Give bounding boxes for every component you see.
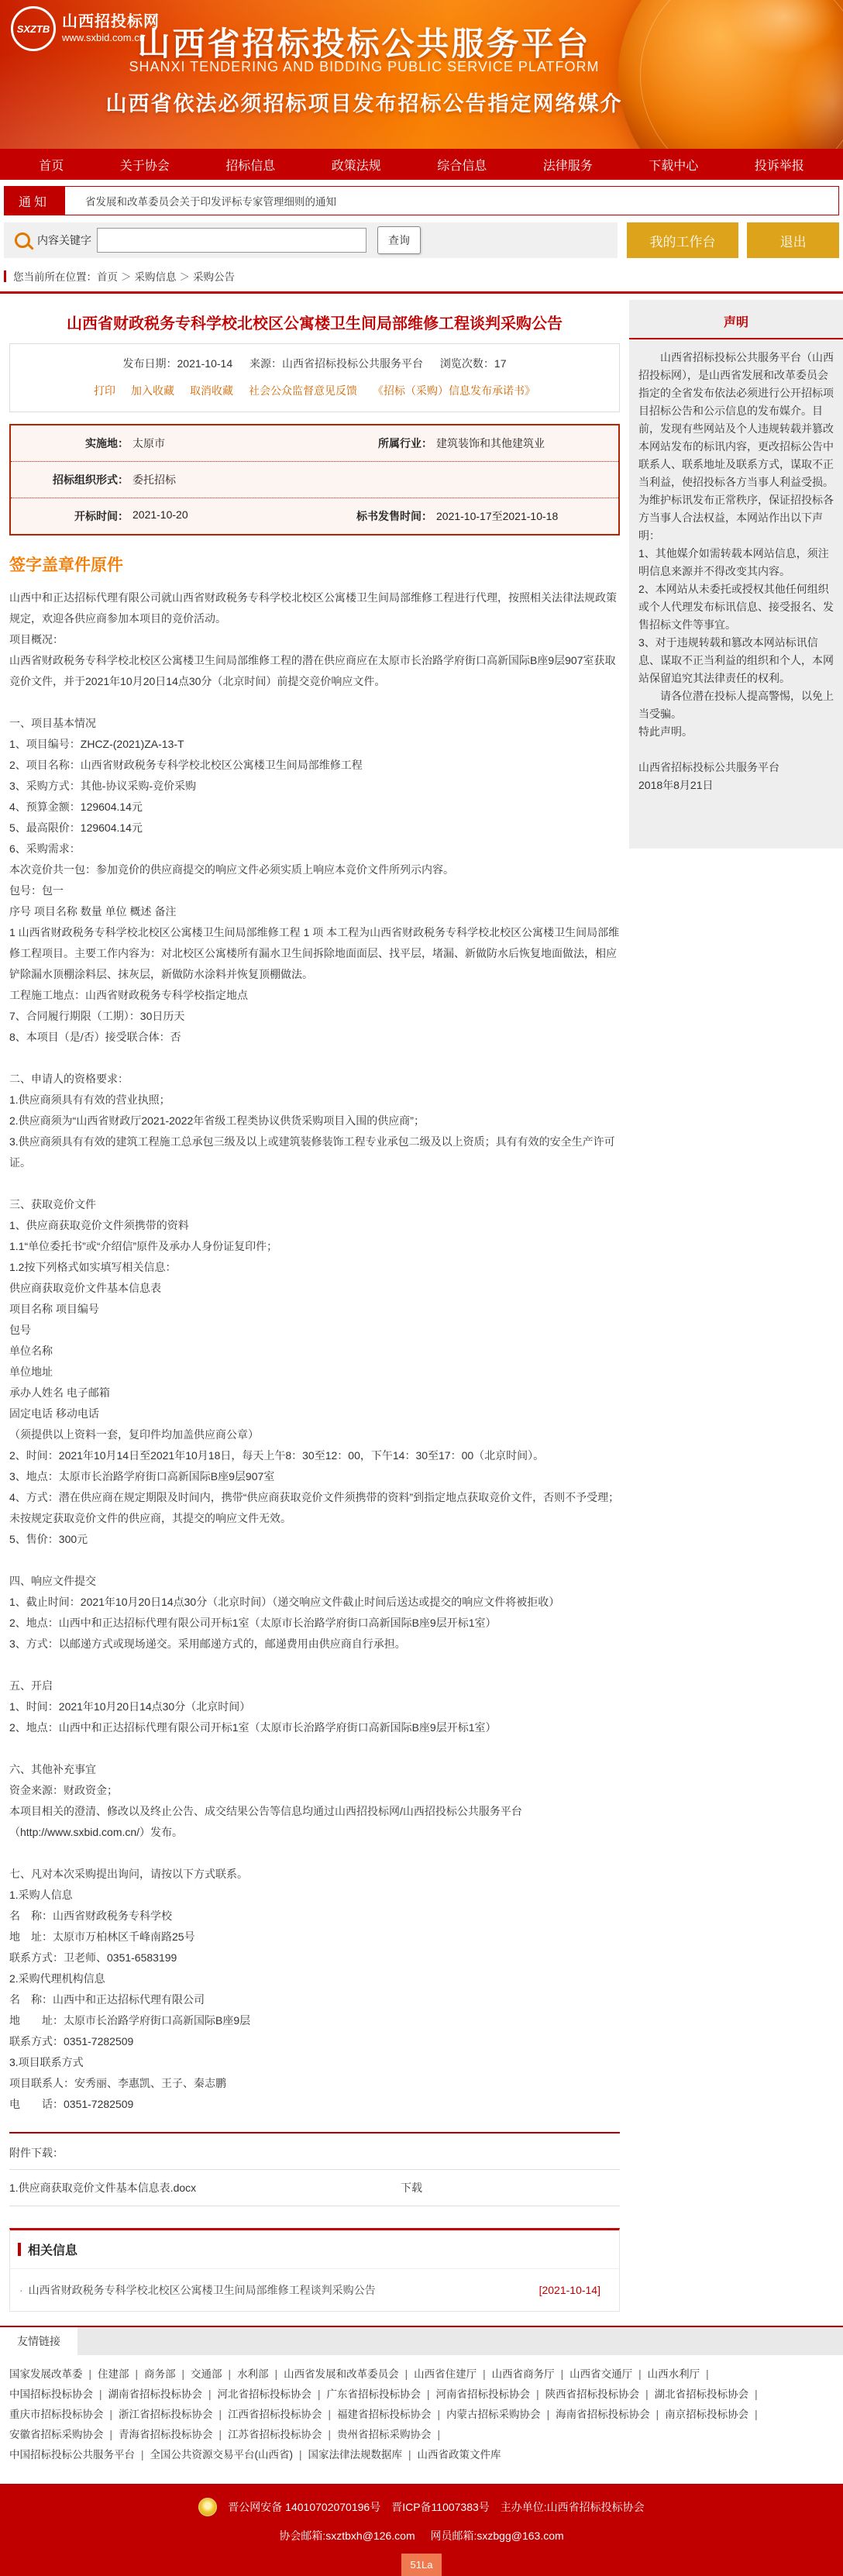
friend-links-area: 国家发展改革委住建部商务部交通部水利部山西省发展和改革委员会山西省住建厅山西省商…	[0, 2355, 843, 2478]
friend-link[interactable]: 河南省招标投标协会	[436, 2388, 545, 2400]
friend-link[interactable]: 贵州省招标采购协会	[337, 2429, 446, 2440]
article-meta-box: 发布日期：2021-10-14 来源：山西省招标投标公共服务平台 浏览次数：17…	[9, 343, 620, 412]
open-time-label: 开标时间：	[11, 508, 129, 524]
article-paragraph: 项目联系人：安秀丽、李惠凯、王子、秦志鹏	[9, 2073, 620, 2094]
article-paragraph: 七、凡对本次采购提出询问，请按以下方式联系。	[9, 1864, 620, 1885]
action-link[interactable]: 加入收藏	[131, 384, 174, 397]
article-paragraph: 二、申请人的资格要求：	[9, 1069, 620, 1090]
host-organization: 主办单位:山西省招标投标协会	[501, 2499, 645, 2515]
nav-item[interactable]: 招标信息	[225, 156, 275, 174]
article-paragraph: 工程施工地点：山西省财政税务专科学校指定地点	[9, 985, 620, 1006]
nav-item[interactable]: 综合信息	[437, 156, 487, 174]
open-time-value: 2021-10-20	[132, 508, 188, 524]
article-paragraph: 本次竞价共一包：参加竞价的供应商提交的响应文件必须实质上响应本竞价文件所列示内容…	[9, 859, 620, 880]
friend-link[interactable]: 重庆市招标投标协会	[9, 2409, 119, 2420]
friend-links-row: 中国招标投标公共服务平台全国公共资源交易平台(山西省)国家法律法规数据库山西省政…	[9, 2445, 834, 2465]
declaration-paragraph: 请各位潜在投标人提高警惕，以免上当受骗。	[638, 687, 834, 723]
attachment-download-link[interactable]: 下载	[401, 2180, 422, 2195]
declaration-body: 山西省招标投标公共服务平台（山西招投标网），是山西省发展和改革委员会指定的全省发…	[638, 349, 834, 794]
search-label: 内容关键字	[37, 232, 91, 248]
article-paragraph: 1.供应商须具有有效的营业执照；	[9, 1090, 620, 1111]
declaration-paragraph	[638, 741, 834, 759]
action-link[interactable]: 打印	[94, 384, 115, 397]
breadcrumb-accent	[4, 270, 6, 282]
friend-links-bar-filler	[77, 2327, 843, 2355]
friend-link[interactable]: 湖南省招标投标协会	[108, 2388, 218, 2400]
header-accent-bar	[18, 2243, 21, 2256]
search-icon	[15, 232, 30, 248]
friend-link[interactable]: 交通部	[191, 2368, 237, 2380]
project-info-table: 实施地：太原市 所属行业：建筑装饰和其他建筑业 招标组织形式：委托招标 开标时间…	[9, 424, 620, 536]
association-email: 协会邮箱:sxztbxh@126.com	[279, 2530, 415, 2542]
attachments-label: 附件下载：	[9, 2133, 620, 2169]
article-paragraph	[9, 1843, 620, 1864]
page-footer: 晋公网安备 14010702070196号 晋ICP备11007383号 主办单…	[0, 2484, 843, 2576]
action-link[interactable]: 《招标（采购）信息发布承诺书》	[373, 384, 535, 397]
search-button[interactable]: 查询	[377, 226, 421, 254]
source: 来源：山西省招标投标公共服务平台	[249, 357, 423, 370]
article-paragraph	[9, 1048, 620, 1069]
nav-item[interactable]: 首页	[39, 156, 64, 174]
declaration-paragraph: 3、对于违规转载和篡改本网站标讯信息、谋取不正当利益的组织和个人，本网站保留追究…	[638, 634, 834, 687]
friend-link[interactable]: 南京招标投标协会	[665, 2409, 764, 2420]
article-paragraph: 7、合同履行期限（工期）：30日历天	[9, 1006, 620, 1027]
related-info-header: 相关信息	[10, 2230, 619, 2269]
article-paragraph: 地 址：太原市万柏林区千峰南路25号	[9, 1927, 620, 1947]
nav-item[interactable]: 政策法规	[332, 156, 381, 174]
article-paragraph: 2.采购代理机构信息	[9, 1968, 620, 1989]
article-paragraph: 地 址：太原市长治路学府街口高新国际B座9层	[9, 2010, 620, 2031]
related-info-title: 相关信息	[28, 2240, 77, 2258]
workbench-button[interactable]: 我的工作台	[627, 222, 738, 258]
friend-link[interactable]: 陕西省招标投标协会	[545, 2388, 655, 2400]
article-paragraph: 1、供应商获取竞价文件须携带的资料	[9, 1215, 620, 1236]
article-paragraph: 6、采购需求：	[9, 839, 620, 859]
article-paragraph: 4、预算金额：129604.14元	[9, 797, 620, 818]
breadcrumb-separator: ＞	[180, 268, 191, 284]
search-row: 内容关键字 查询 我的工作台 退出	[4, 222, 839, 258]
article-paragraph: 联系方式：0351-7282509	[9, 2031, 620, 2052]
article-paragraph: 5、最高限价：129604.14元	[9, 818, 620, 839]
article-paragraph: 名 称：山西中和正达招标代理有限公司	[9, 1989, 620, 2010]
member-email: 网员邮箱:sxzbgg@163.com	[431, 2530, 564, 2542]
article-paragraph: 1.采购人信息	[9, 1885, 620, 1906]
article-paragraph: 五、开启	[9, 1675, 620, 1696]
search-input[interactable]	[97, 228, 366, 253]
article-paragraph: 单位名称	[9, 1341, 620, 1362]
article-paragraph: 5、售价：300元	[9, 1529, 620, 1550]
friend-links-row: 中国招标投标协会湖南省招标投标协会河北省招标投标协会广东省招标投标协会河南省招标…	[9, 2385, 834, 2405]
breadcrumb-separator: ＞	[121, 268, 132, 284]
logo-circle-icon: SXZTB	[11, 6, 56, 51]
nav-item[interactable]: 法律服务	[543, 156, 593, 174]
nav-item[interactable]: 投诉举报	[755, 156, 804, 174]
logo-site-name: 山西招投标网	[62, 12, 160, 32]
friend-link[interactable]: 水利部	[237, 2368, 284, 2380]
friend-links-bar: 友情链接	[0, 2326, 843, 2355]
declaration-paragraph: 山西省招标投标公共服务平台	[638, 759, 834, 777]
declaration-sidebar: 声明 山西省招标投标公共服务平台（山西招投标网），是山西省发展和改革委员会指定的…	[629, 300, 843, 849]
public-security-filing: 晋公网安备 14010702070196号	[228, 2499, 380, 2515]
friend-link[interactable]: 浙江省招标投标协会	[119, 2409, 228, 2420]
publish-date: 发布日期：2021-10-14	[123, 357, 233, 370]
friend-link[interactable]: 国家发展改革委	[9, 2368, 98, 2380]
friend-link[interactable]: 福建省招标投标协会	[337, 2409, 446, 2420]
article-paragraph: 项目概况：	[9, 629, 620, 650]
declaration-paragraph: 1、其他媒介如需转载本网站信息，须注明信息来源并不得改变其内容。	[638, 545, 834, 580]
declaration-divider	[629, 338, 843, 339]
friend-link[interactable]: 江苏省招标投标协会	[228, 2429, 337, 2440]
org-form-label: 招标组织形式：	[11, 472, 129, 487]
article-column: 山西省财政税务专科学校北校区公寓楼卫生间局部维修工程谈判采购公告 发布日期：20…	[5, 300, 625, 2312]
table-row: 开标时间：2021-10-20 标书发售时间：2021-10-17至2021-1…	[11, 498, 618, 534]
article-paragraph: 序号 项目名称 数量 单位 概述 备注	[9, 901, 620, 922]
friend-link[interactable]: 山西省交通厅	[569, 2368, 648, 2380]
article-paragraph: 1.1“单位委托书”或“介绍信”原件及承办人身份证复印件；	[9, 1236, 620, 1257]
friend-links-tab[interactable]: 友情链接	[0, 2327, 77, 2355]
article-paragraph: 项目名称 项目编号	[9, 1299, 620, 1320]
platform-title-english: SHANXI TENDERING AND BIDDING PUBLIC SERV…	[0, 59, 728, 75]
article-paragraph: 山西中和正达招标代理有限公司就山西省财政税务专科学校北校区公寓楼卫生间局部维修工…	[9, 587, 620, 629]
article-paragraph: 单位地址	[9, 1362, 620, 1383]
friend-links-row: 国家发展改革委住建部商务部交通部水利部山西省发展和改革委员会山西省住建厅山西省商…	[9, 2364, 834, 2385]
article-paragraph: 3.供应商须具有有效的建筑工程施工总承包三级及以上或建筑装修装饰工程专业承包二级…	[9, 1131, 620, 1173]
article-paragraph: 电 话：0351-7282509	[9, 2094, 620, 2115]
friend-link[interactable]: 河北省招标投标协会	[218, 2388, 327, 2400]
sale-time-value: 2021-10-17至2021-10-18	[436, 508, 558, 524]
article-paragraph: 山西省财政税务专科学校北校区公寓楼卫生间局部维修工程的潜在供应商应在太原市长治路…	[9, 650, 620, 692]
article-paragraph: 3、采购方式：其他-协议采购-竞价采购	[9, 776, 620, 797]
article-paragraph: 4、方式：潜在供应商在规定期限及时间内，携带“供应商获取竞价文件须携带的资料”到…	[9, 1487, 620, 1529]
logout-button[interactable]: 退出	[747, 222, 839, 258]
article-paragraph: 1、时间：2021年10月20日14点30分（北京时间）	[9, 1696, 620, 1717]
action-link[interactable]: 取消收藏	[190, 384, 233, 397]
article-paragraph: 包号：包一	[9, 880, 620, 901]
article-paragraph: 六、其他补充事宜	[9, 1759, 620, 1780]
attachments-section: 附件下载： 1.供应商获取竞价文件基本信息表.docx 下载	[9, 2133, 620, 2206]
breadcrumb: 您当前所在位置： 首页 ＞ 采购信息 ＞ 采购公告	[4, 268, 839, 284]
view-count: 浏览次数：17	[440, 357, 507, 370]
friend-link[interactable]: 山西省政策文件库	[418, 2449, 501, 2461]
bullet-icon: ·	[19, 2284, 23, 2296]
article-paragraph: 1 山西省财政税务专科学校北校区公寓楼卫生间局部维修工程 1 项 本工程为山西省…	[9, 922, 620, 985]
article-body: 山西中和正达招标代理有限公司就山西省财政税务专科学校北校区公寓楼卫生间局部维修工…	[9, 587, 620, 2115]
article-paragraph: 2、地点：山西中和正达招标代理有限公司开标1室（太原市长治路学府街口高新国际B座…	[9, 1613, 620, 1634]
friend-link[interactable]: 住建部	[98, 2368, 144, 2380]
article-paragraph: 1.2按下列格式如实填写相关信息：	[9, 1257, 620, 1278]
article-paragraph: 承办人姓名 电子邮箱	[9, 1383, 620, 1403]
article-paragraph	[9, 1655, 620, 1675]
breadcrumb-home[interactable]: 首页	[97, 268, 118, 284]
friend-links-row: 重庆市招标投标协会浙江省招标投标协会江西省招标投标协会福建省招标投标协会内蒙古招…	[9, 2405, 834, 2425]
related-info-section: 相关信息 · 山西省财政税务专科学校北校区公寓楼卫生间局部维修工程谈判采购公告 …	[9, 2228, 620, 2312]
article-paragraph	[9, 1173, 620, 1194]
declaration-paragraph: 2、本网站从未委托或授权其他任何组织或个人代理发布标讯信息、接受报名、发售招标文…	[638, 580, 834, 634]
icp-filing: 晋ICP备11007383号	[391, 2499, 490, 2515]
nav-item[interactable]: 下载中心	[649, 156, 698, 174]
breadcrumb-purchase-info[interactable]: 采购信息	[135, 268, 177, 284]
friend-link[interactable]: 中国招标投标协会	[9, 2388, 108, 2400]
declaration-title: 声明	[638, 312, 834, 338]
impl-location-label: 实施地：	[11, 436, 129, 451]
friend-link[interactable]: 内蒙古招标采购协会	[446, 2409, 556, 2420]
friend-link[interactable]: 中国招标投标公共服务平台	[9, 2449, 150, 2461]
breadcrumb-purchase-notice[interactable]: 采购公告	[193, 268, 235, 284]
table-row: 实施地：太原市 所属行业：建筑装饰和其他建筑业	[11, 425, 618, 462]
article-paragraph: 3、地点：太原市长治路学府街口高新国际B座9层907室	[9, 1466, 620, 1487]
friend-link[interactable]: 江西省招标投标协会	[228, 2409, 337, 2420]
police-badge-icon	[198, 2498, 217, 2516]
article-paragraph: 3、方式：以邮递方式或现场递交。采用邮递方式的，邮递费用由供应商自行承担。	[9, 1634, 620, 1655]
article-paragraph: 三、获取竞价文件	[9, 1194, 620, 1215]
impl-location-value: 太原市	[132, 436, 165, 451]
related-item-date: [2021-10-14]	[539, 2284, 600, 2296]
friend-link[interactable]: 青海省招标投标协会	[119, 2429, 228, 2440]
friend-links-row: 安徽省招标采购协会青海省招标投标协会江苏省招标投标协会贵州省招标采购协会	[9, 2425, 834, 2445]
friend-link[interactable]: 国家法律法规数据库	[308, 2449, 418, 2461]
article-paragraph: 四、响应文件提交	[9, 1571, 620, 1592]
logo-site-url: www.sxbid.com.cn	[62, 32, 160, 44]
sale-time-label: 标书发售时间：	[315, 508, 432, 524]
platform-slogan: 山西省依法必须招标项目发布招标公告指定网络媒介	[0, 87, 728, 117]
friend-link[interactable]: 全国公共资源交易平台(山西省)	[150, 2449, 308, 2461]
article-paragraph	[9, 692, 620, 713]
declaration-paragraph: 2018年8月21日	[638, 777, 834, 794]
friend-link[interactable]: 山西水利厅	[648, 2368, 715, 2380]
breadcrumb-prefix: 您当前所在位置：	[13, 268, 97, 284]
org-form-value: 委托招标	[132, 472, 176, 487]
declaration-paragraph: 特此声明。	[638, 723, 834, 741]
friend-link[interactable]: 山西省住建厅	[414, 2368, 492, 2380]
friend-link[interactable]: 安徽省招标采购协会	[9, 2429, 119, 2440]
article-paragraph: 一、项目基本情况	[9, 713, 620, 734]
article-paragraph	[9, 1550, 620, 1571]
article-paragraph: 联系方式：卫老师、0351-6583199	[9, 1947, 620, 1968]
declaration-paragraph: 山西省招标投标公共服务平台（山西招投标网），是山西省发展和改革委员会指定的全省发…	[638, 349, 834, 545]
article-paragraph: 1、截止时间：2021年10月20日14点30分（北京时间）（递交响应文件截止时…	[9, 1592, 620, 1613]
search-panel: 内容关键字 查询	[4, 222, 618, 258]
article-paragraph	[9, 1738, 620, 1759]
notice-bar: 通知 省发展和改革委员会关于印发评标专家管理细则的通知	[4, 186, 839, 215]
main-navigation: 首页关于协会招标信息政策法规综合信息法律服务下载中心投诉举报	[0, 149, 843, 180]
article-paragraph: 本项目相关的澄清、修改以及终止公告、成交结果公告等信息均通过山西招投标网/山西招…	[9, 1801, 620, 1843]
page-title: 山西省财政税务专科学校北校区公寓楼卫生间局部维修工程谈判采购公告	[5, 311, 625, 333]
attachment-file-name: 1.供应商获取竞价文件基本信息表.docx	[9, 2180, 401, 2195]
article-paragraph: 1、项目编号：ZHCZ-(2021)ZA-13-T	[9, 734, 620, 755]
friend-link[interactable]: 海南省招标投标协会	[556, 2409, 665, 2420]
friend-link[interactable]: 广东省招标投标协会	[327, 2388, 436, 2400]
article-paragraph: 2、项目名称：山西省财政税务专科学校北校区公寓楼卫生间局部维修工程	[9, 755, 620, 776]
site-logo[interactable]: SXZTB 山西招投标网 www.sxbid.com.cn	[11, 6, 160, 51]
section-heading-signed-original: 签字盖章件原件	[9, 553, 620, 576]
friend-link[interactable]: 山西省发展和改革委员会	[284, 2368, 414, 2380]
friend-link[interactable]: 湖北省招标投标协会	[655, 2388, 764, 2400]
friend-link[interactable]: 山西省商务厅	[492, 2368, 570, 2380]
main-area: 山西省财政税务专科学校北校区公寓楼卫生间局部维修工程谈判采购公告 发布日期：20…	[0, 294, 843, 2312]
article-paragraph: 2.供应商须为“山西省财政厅2021-2022年省级工程类协议供货采购项目入围的…	[9, 1111, 620, 1131]
industry-value: 建筑装饰和其他建筑业	[436, 436, 545, 451]
attachment-row: 1.供应商获取竞价文件基本信息表.docx 下载	[9, 2169, 620, 2206]
nav-item[interactable]: 关于协会	[120, 156, 170, 174]
article-paragraph: 名 称：山西省财政税务专科学校	[9, 1906, 620, 1927]
article-paragraph: 供应商获取竞价文件基本信息表	[9, 1278, 620, 1299]
notice-label: 通知	[4, 186, 64, 215]
article-paragraph: 8、本项目（是/否）接受联合体：否	[9, 1027, 620, 1048]
article-actions: 打印加入收藏取消收藏社会公众监督意见反馈《招标（采购）信息发布承诺书》	[10, 383, 619, 398]
action-link[interactable]: 社会公众监督意见反馈	[249, 384, 357, 397]
article-paragraph: 资金来源：财政资金；	[9, 1780, 620, 1801]
notice-link[interactable]: 省发展和改革委员会关于印发评标专家管理细则的通知	[64, 186, 839, 215]
51la-counter-badge[interactable]: 51La	[401, 2554, 442, 2576]
friend-link[interactable]: 商务部	[144, 2368, 191, 2380]
article-paragraph: （须提供以上资料一套，复印件均加盖供应商公章）	[9, 1424, 620, 1445]
article-paragraph: 固定电话 移动电话	[9, 1403, 620, 1424]
article-paragraph: 2、时间：2021年10月14日至2021年10月18日，每天上午8：30至12…	[9, 1445, 620, 1466]
industry-label: 所属行业：	[315, 436, 432, 451]
table-row: 招标组织形式：委托招标	[11, 462, 618, 498]
article-paragraph: 包号	[9, 1320, 620, 1341]
article-paragraph: 2、地点：山西中和正达招标代理有限公司开标1室（太原市长治路学府街口高新国际B座…	[9, 1717, 620, 1738]
article-paragraph: 3.项目联系方式	[9, 2052, 620, 2073]
related-item-link[interactable]: 山西省财政税务专科学校北校区公寓楼卫生间局部维修工程谈判采购公告	[29, 2282, 539, 2298]
header-banner: SXZTB 山西招投标网 www.sxbid.com.cn 山西省招标投标公共服…	[0, 0, 843, 149]
related-item: · 山西省财政税务专科学校北校区公寓楼卫生间局部维修工程谈判采购公告 [2021…	[10, 2269, 619, 2311]
